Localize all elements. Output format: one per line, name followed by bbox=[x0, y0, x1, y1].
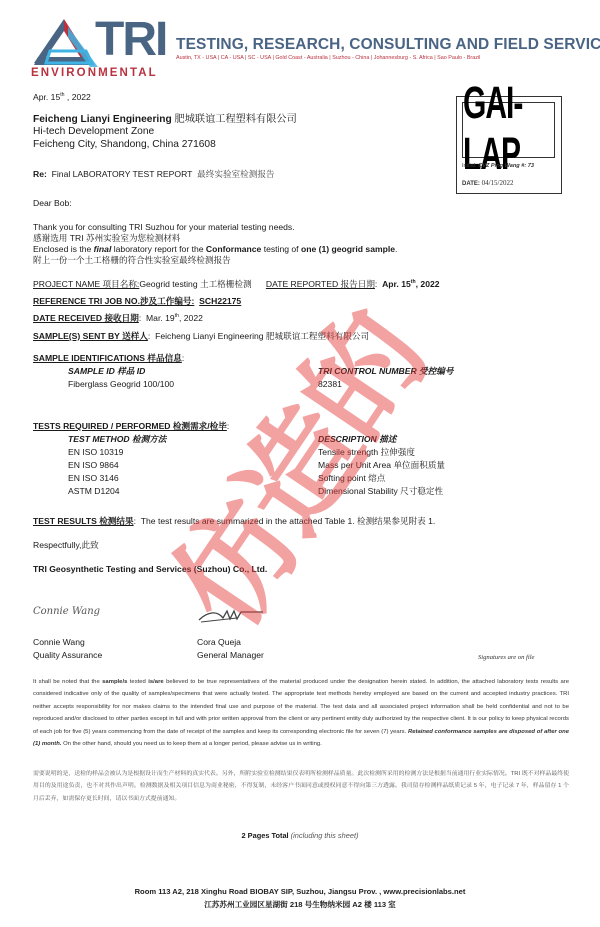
test-description: Dimensional Stability 尺寸稳定性 bbox=[318, 486, 443, 497]
intro-line-2-cn: 附上一份一个土工格栅的符合性实验室最终检测报告 bbox=[33, 255, 231, 266]
disclaimer-en: It shall be noted that the sample/s test… bbox=[33, 676, 569, 750]
test-method: EN ISO 10319 bbox=[68, 447, 123, 458]
footer-address-cn: 江苏苏州工业园区星湖街 218 号生物纳米园 A2 楼 113 室 bbox=[0, 899, 600, 910]
logo-text: TRI bbox=[95, 16, 166, 64]
tests-section-label: TESTS REQUIRED / PERFORMED 检测需求/检毕: bbox=[33, 421, 229, 432]
date-received-row: DATE RECEIVED 接收日期: Mar. 19th, 2022 bbox=[33, 313, 203, 324]
samples-section-label: SAMPLE IDENTIFICATIONS 样品信息: bbox=[33, 353, 184, 364]
reference-row: REFERENCE TRI JOB NO.涉及工作编号: SCH22175 bbox=[33, 296, 241, 307]
pages-total: 2 Pages Total (including this sheet) bbox=[0, 831, 600, 840]
logo-subtext: ENVIRONMENTAL bbox=[31, 67, 158, 79]
signatory-2-name: Cora Queja bbox=[197, 637, 241, 648]
signature-scribble-icon bbox=[197, 606, 267, 626]
stamp-initial: Initial: CVZ Ping Wang #: 73 bbox=[462, 163, 534, 169]
tests-col-method: TEST METHOD 检测方法 bbox=[68, 434, 166, 445]
stamp-date: DATE: 04/15/2022 bbox=[462, 179, 513, 187]
signature-connie: Connie Wang bbox=[33, 606, 100, 617]
footer-address: Room 113 A2, 218 Xinghu Road BIOBAY SIP,… bbox=[0, 887, 600, 896]
signatures-note: Signatures are on file bbox=[478, 654, 534, 661]
intro-line-1-cn: 感谢选用 TRI 苏州实验室为您检测材料 bbox=[33, 233, 181, 244]
gai-lap-stamp: GAI-LAP Initial: CVZ Ping Wang #: 73 DAT… bbox=[456, 96, 562, 194]
stamp-title-box: GAI-LAP bbox=[462, 102, 555, 158]
salutation: Dear Bob: bbox=[33, 198, 72, 209]
signature-cora bbox=[197, 606, 267, 631]
company-locations: Austin, TX - USA | CA - USA | SC - USA |… bbox=[176, 55, 480, 61]
respectfully: Respectfully,此致 bbox=[33, 540, 99, 551]
signatory-2-title: General Manager bbox=[197, 650, 264, 661]
test-results-row: TEST RESULTS 检测结果: The test results are … bbox=[33, 516, 435, 527]
intro-line-1: Thank you for consulting TRI Suzhou for … bbox=[33, 222, 295, 233]
disclaimer-cn: 需要说明的是，送检的样品会被认为是根据设计而生产材料的真实代表。另外，所附实验室… bbox=[33, 768, 569, 805]
sample-control-number: 82381 bbox=[318, 379, 342, 390]
closing-company: TRI Geosynthetic Testing and Services (S… bbox=[33, 564, 267, 575]
letter-date: Apr. 15th , 2022 bbox=[33, 92, 91, 103]
recipient-address-line2: Feicheng City, Shandong, China 271608 bbox=[33, 139, 216, 151]
sent-by-row: SAMPLE(S) SENT BY 送样人: Feicheng Lianyi E… bbox=[33, 331, 369, 342]
company-tagline: TESTING, RESEARCH, CONSULTING AND FIELD … bbox=[176, 36, 600, 54]
signatory-1-title: Quality Assurance bbox=[33, 650, 102, 661]
project-name-row: PROJECT NAME 项目名称:Geogrid testing 土工格栅检测… bbox=[33, 279, 440, 290]
sample-id: Fiberglass Geogrid 100/100 bbox=[68, 379, 174, 390]
test-method: EN ISO 3146 bbox=[68, 473, 119, 484]
re-line: Re: Final LABORATORY TEST REPORT 最终实验室检测… bbox=[33, 169, 275, 180]
test-description: Softing point 熔点 bbox=[318, 473, 385, 484]
recipient-address-line1: Hi-tech Development Zone bbox=[33, 126, 154, 138]
test-description: Mass per Unit Area 单位面积质量 bbox=[318, 460, 445, 471]
tests-col-desc: DESCRIPTION 描述 bbox=[318, 434, 396, 445]
signatory-1-name: Connie Wang bbox=[33, 637, 85, 648]
triangle-logo-icon bbox=[28, 17, 98, 69]
test-method: ASTM D1204 bbox=[68, 486, 120, 497]
samples-col-control: TRI CONTROL NUMBER 受控编号 bbox=[318, 366, 453, 377]
test-description: Tensile strength 拉伸强度 bbox=[318, 447, 415, 458]
intro-line-2: Enclosed is the final laboratory report … bbox=[33, 244, 397, 255]
recipient-company: Feicheng Lianyi Engineering 肥城联谊工程塑料有限公司 bbox=[33, 114, 297, 126]
test-method: EN ISO 9864 bbox=[68, 460, 119, 471]
samples-col-id: SAMPLE ID 样品 ID bbox=[68, 366, 145, 377]
